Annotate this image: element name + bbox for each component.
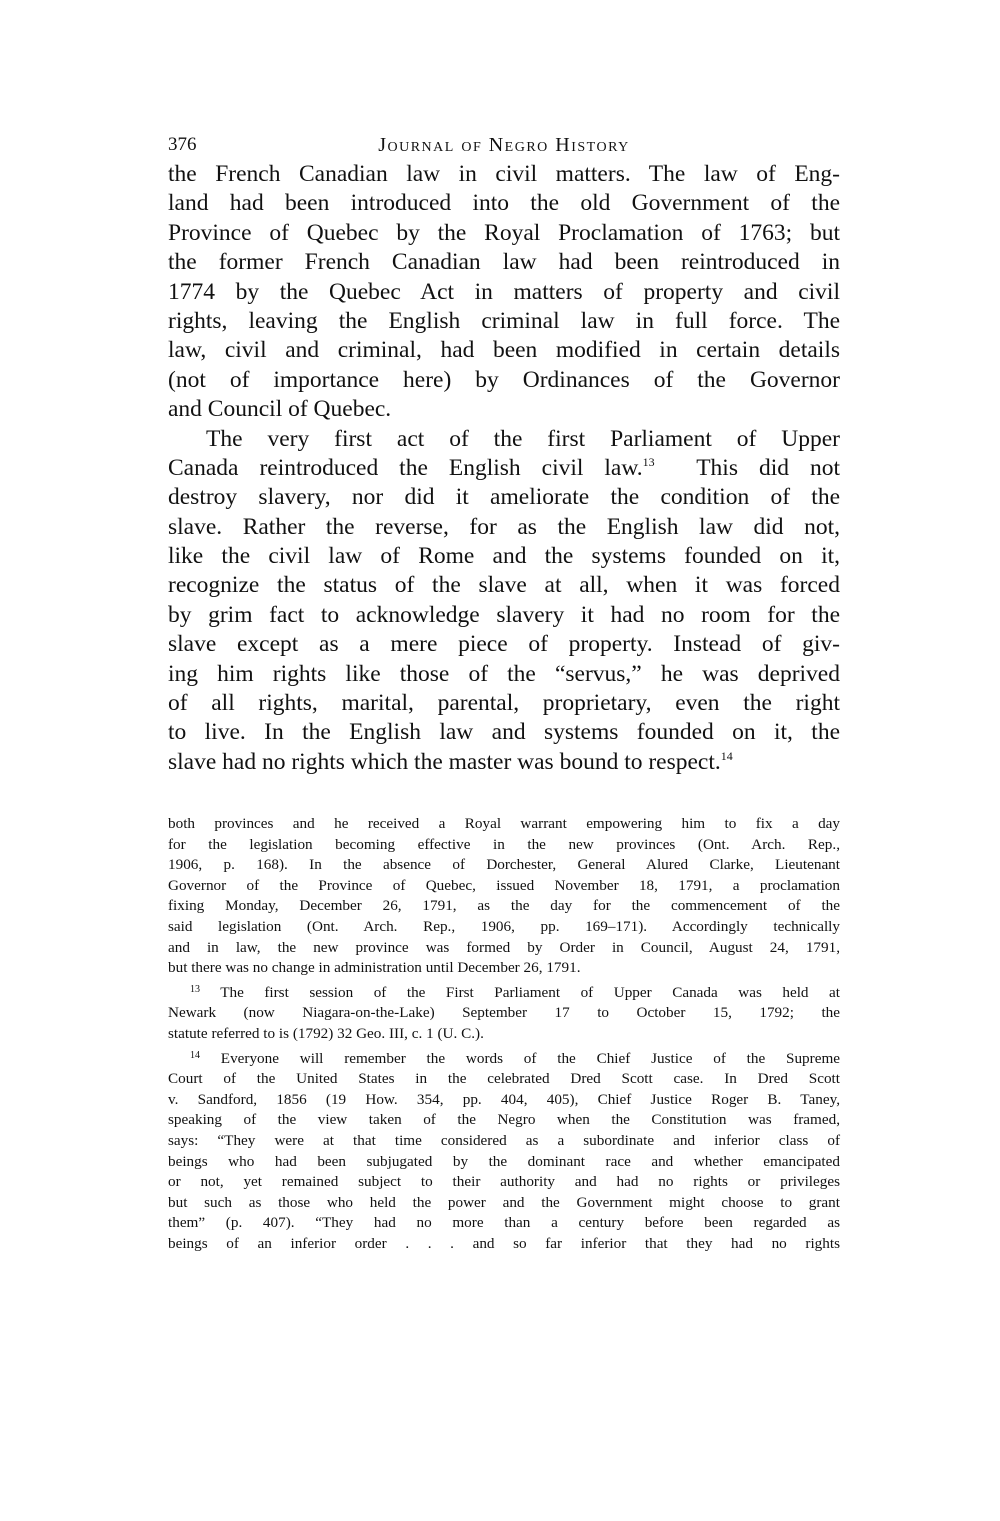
body-line: the French Canadian law in civil matters… bbox=[168, 160, 840, 189]
body-line: 1774 by the Quebec Act in matters of pro… bbox=[168, 278, 840, 307]
page-header: 376 Journal of Negro History bbox=[168, 134, 840, 162]
body-line: recognize the status of the slave at all… bbox=[168, 571, 840, 600]
body-line: land had been introduced into the old Go… bbox=[168, 189, 840, 218]
body-line: The very first act of the first Parliame… bbox=[168, 425, 840, 454]
body-line: (not of importance here) by Ordinances o… bbox=[168, 366, 840, 395]
footnote-line: fixing Monday, December 26, 1791, as the… bbox=[168, 896, 840, 917]
body-line-text: This did not bbox=[655, 455, 840, 481]
body-line: law, civil and criminal, had been modifi… bbox=[168, 336, 840, 365]
footnote-line: 1906, p. 168). In the absence of Dorches… bbox=[168, 855, 840, 876]
footnote-continued: both provinces and he received a Royal w… bbox=[168, 814, 840, 979]
body-line: of all rights, marital, parental, propri… bbox=[168, 689, 840, 718]
footnote-line: said legislation (Ont. Arch. Rep., 1906,… bbox=[168, 917, 840, 938]
body-line: to live. In the English law and systems … bbox=[168, 718, 840, 747]
body-text: the French Canadian law in civil matters… bbox=[168, 160, 840, 777]
footnote-ref-13[interactable]: 13 bbox=[643, 455, 655, 469]
footnote-line: v. Sandford, 1856 (19 How. 354, pp. 404,… bbox=[168, 1090, 840, 1111]
footnote-line: Newark (now Niagara-on-the-Lake) Septemb… bbox=[168, 1003, 840, 1024]
body-line: slave except as a mere piece of property… bbox=[168, 630, 840, 659]
footnote-line: Governor of the Province of Quebec, issu… bbox=[168, 876, 840, 897]
footnote-13: 13 The first session of the First Parlia… bbox=[168, 983, 840, 1045]
footnote-line: speaking of the view taken of the Negro … bbox=[168, 1110, 840, 1131]
footnote-line: and in law, the new province was formed … bbox=[168, 938, 840, 959]
body-line: rights, leaving the English criminal law… bbox=[168, 307, 840, 336]
footnote-text: The first session of the First Parliamen… bbox=[220, 984, 840, 1001]
footnote-14: 14 Everyone will remember the words of t… bbox=[168, 1049, 840, 1255]
footnote-line: 14 Everyone will remember the words of t… bbox=[168, 1049, 840, 1070]
body-line: by grim fact to acknowledge slavery it h… bbox=[168, 601, 840, 630]
footnote-line: statute referred to is (1792) 32 Geo. II… bbox=[168, 1024, 840, 1045]
footnote-line: beings of an inferior order . . . and so… bbox=[168, 1234, 840, 1255]
body-line: the former French Canadian law had been … bbox=[168, 248, 840, 277]
body-line-text: slave had no rights which the master was… bbox=[168, 749, 721, 775]
footnote-line: Court of the United States in the celebr… bbox=[168, 1069, 840, 1090]
body-line-with-footnote: Canada reintroduced the English civil la… bbox=[168, 454, 840, 483]
footnote-ref-14[interactable]: 14 bbox=[721, 749, 733, 763]
footnote-mark: 14 bbox=[190, 1050, 200, 1061]
footnotes: both provinces and he received a Royal w… bbox=[168, 814, 840, 1254]
footnote-line: for the legislation becoming effective i… bbox=[168, 835, 840, 856]
footnote-line: them” (p. 407). “They had no more than a… bbox=[168, 1213, 840, 1234]
footnote-mark: 13 bbox=[190, 984, 200, 995]
footnote-line: 13 The first session of the First Parlia… bbox=[168, 983, 840, 1004]
footnote-line: but such as those who held the power and… bbox=[168, 1193, 840, 1214]
footnote-text: Everyone will remember the words of the … bbox=[221, 1050, 840, 1067]
footnote-line: says: “They were at that time considered… bbox=[168, 1131, 840, 1152]
body-line: Province of Quebec by the Royal Proclama… bbox=[168, 219, 840, 248]
footnote-line: or not, yet remained subject to their au… bbox=[168, 1172, 840, 1193]
body-line: destroy slavery, nor did it ameliorate t… bbox=[168, 483, 840, 512]
running-title: Journal of Negro History bbox=[168, 134, 840, 157]
body-line: ing him rights like those of the “servus… bbox=[168, 660, 840, 689]
footnote-line: both provinces and he received a Royal w… bbox=[168, 814, 840, 835]
footnote-line: but there was no change in administratio… bbox=[168, 958, 840, 979]
body-line: like the civil law of Rome and the syste… bbox=[168, 542, 840, 571]
body-line: slave. Rather the reverse, for as the En… bbox=[168, 513, 840, 542]
body-line-with-footnote: slave had no rights which the master was… bbox=[168, 748, 840, 777]
footnote-line: beings who had been subjugated by the do… bbox=[168, 1152, 840, 1173]
body-line: and Council of Quebec. bbox=[168, 395, 840, 424]
body-line-text: Canada reintroduced the English civil la… bbox=[168, 455, 643, 481]
